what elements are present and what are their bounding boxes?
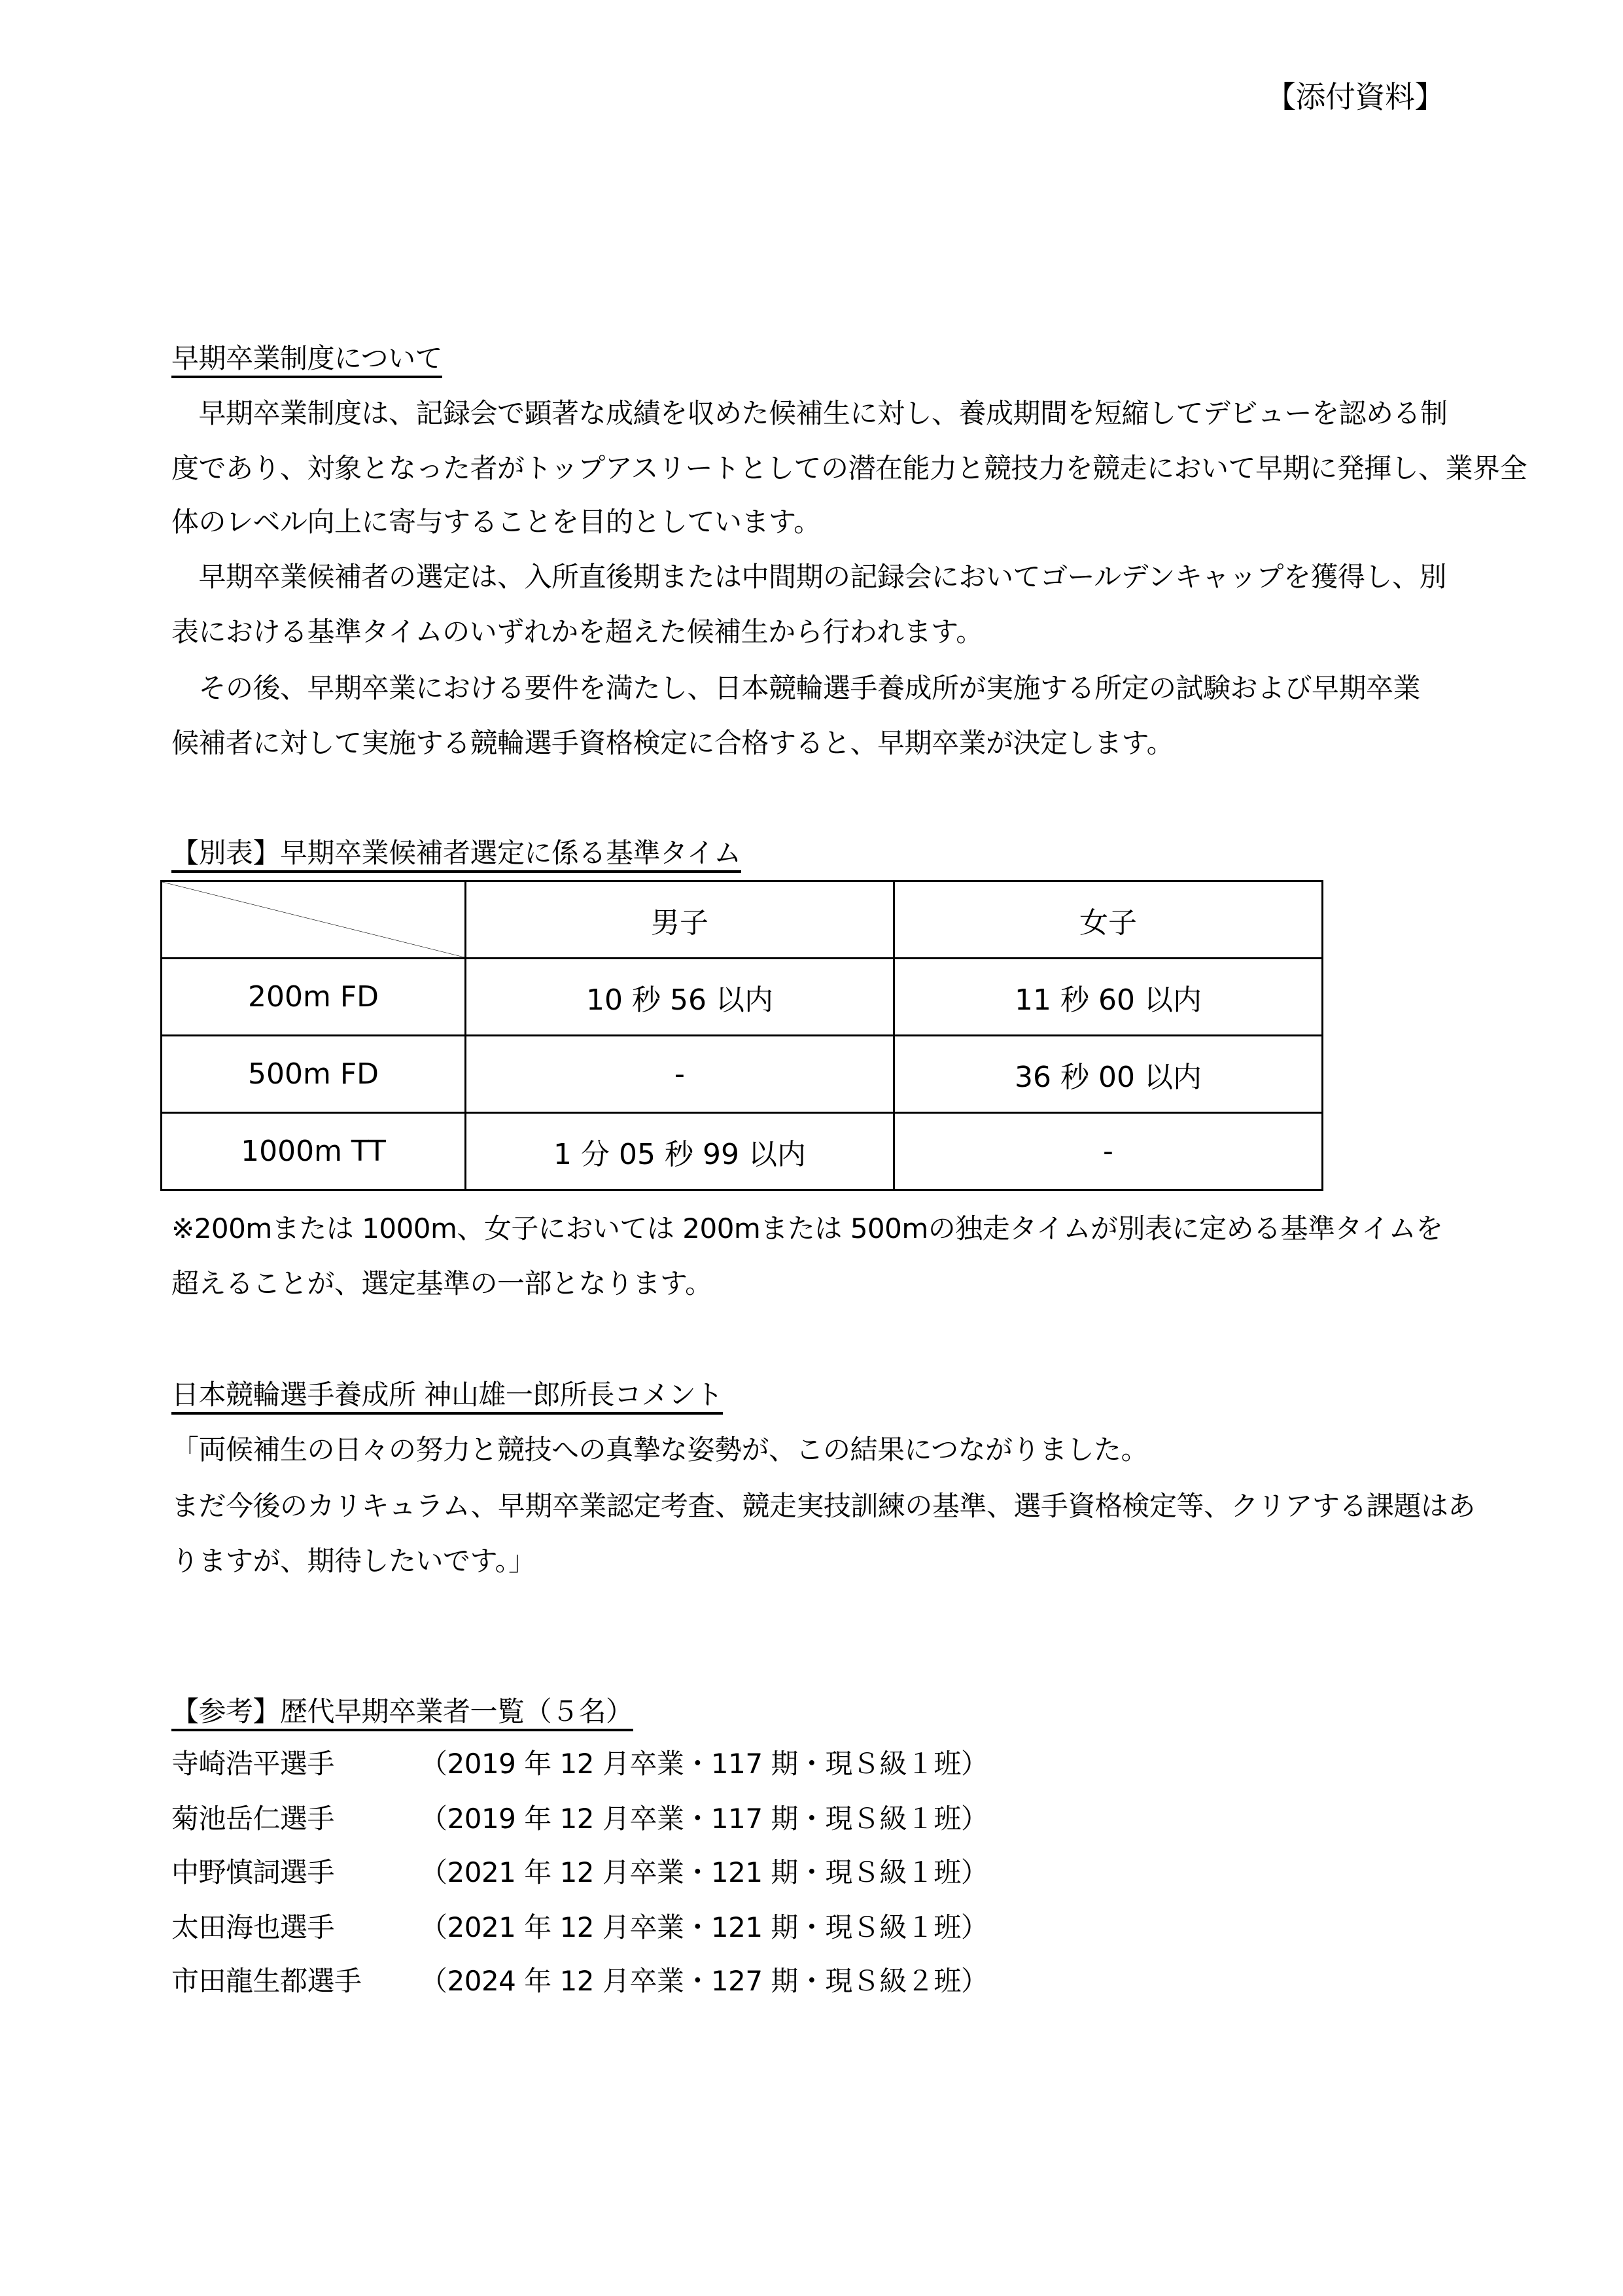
- graduate-row: 菊池岳仁選手（2019 年 12 月卒業・117 期・現Ｓ級１班）: [171, 1802, 988, 1836]
- column-header-female: 女子: [894, 881, 1323, 959]
- male-time-cell: 1 分 05 秒 99 以内: [466, 1113, 894, 1190]
- reference-heading-text: 【参考】歴代早期卒業者一覧（５名）: [171, 1695, 633, 1731]
- table-row: 200m FD 10 秒 56 以内 11 秒 60 以内: [162, 959, 1323, 1036]
- attachment-label: 【添付資料】: [1266, 80, 1444, 114]
- standard-time-table: 男子 女子 200m FD 10 秒 56 以内 11 秒 60 以内 500m…: [160, 880, 1323, 1191]
- male-time-cell: 10 秒 56 以内: [466, 959, 894, 1036]
- graduate-detail: （2024 年 12 月卒業・127 期・現Ｓ級２班）: [420, 1965, 988, 1997]
- body-line: 候補者に対して実施する競輪選手資格検定に合格すると、早期卒業が決定します。: [171, 726, 1174, 760]
- graduate-row: 寺崎浩平選手（2019 年 12 月卒業・117 期・現Ｓ級１班）: [171, 1747, 988, 1781]
- body-line: 体のレベル向上に寄与することを目的としています。: [171, 505, 821, 539]
- body-line: 早期卒業制度は、記録会で顕著な成績を収めた候補生に対し、養成期間を短縮してデビュ…: [171, 397, 1448, 431]
- column-header-male: 男子: [466, 881, 894, 959]
- graduate-row: 市田龍生都選手（2024 年 12 月卒業・127 期・現Ｓ級２班）: [171, 1964, 988, 1998]
- reference-heading: 【参考】歴代早期卒業者一覧（５名）: [171, 1695, 633, 1729]
- early-graduation-heading-text: 早期卒業制度について: [171, 342, 442, 378]
- graduate-row: 太田海也選手（2021 年 12 月卒業・121 期・現Ｓ級１班）: [171, 1911, 988, 1945]
- table-caption: 【別表】早期卒業候補者選定に係る基準タイム: [171, 836, 741, 870]
- female-time-cell: 11 秒 60 以内: [894, 959, 1323, 1036]
- graduate-detail: （2019 年 12 月卒業・117 期・現Ｓ級１班）: [420, 1803, 988, 1835]
- graduate-name: 寺崎浩平選手: [171, 1747, 420, 1781]
- graduate-name: 太田海也選手: [171, 1911, 420, 1945]
- comment-line: まだ今後のカリキュラム、早期卒業認定考査、競走実技訓練の基準、選手資格検定等、ク…: [171, 1489, 1475, 1523]
- graduate-detail: （2021 年 12 月卒業・121 期・現Ｓ級１班）: [420, 1856, 988, 1888]
- event-cell: 1000m TT: [162, 1113, 466, 1190]
- body-line: その後、早期卒業における要件を満たし、日本競輪選手養成所が実施する所定の試験およ…: [171, 671, 1420, 705]
- table-header-row: 男子 女子: [162, 881, 1323, 959]
- comment-line: りますが、期待したいです。」: [171, 1544, 536, 1578]
- comment-heading-text: 日本競輪選手養成所 神山雄一郎所長コメント: [171, 1379, 723, 1415]
- table-note-line: 超えることが、選定基準の一部となります。: [171, 1267, 712, 1301]
- body-line: 表における基準タイムのいずれかを超えた候補生から行われます。: [171, 615, 983, 649]
- body-line: 度であり、対象となった者がトップアスリートとしての潜在能力と競技力を競走において…: [171, 451, 1527, 486]
- female-time-cell: 36 秒 00 以内: [894, 1036, 1323, 1113]
- table-caption-text: 【別表】早期卒業候補者選定に係る基準タイム: [171, 837, 741, 873]
- comment-line: 「両候補生の日々の努力と競技への真摯な姿勢が、この結果につながりました。: [171, 1433, 1148, 1467]
- table-note-line: ※200mまたは 1000m、女子においては 200mまたは 500mの独走タイ…: [171, 1212, 1443, 1246]
- graduate-detail: （2019 年 12 月卒業・117 期・現Ｓ級１班）: [420, 1748, 988, 1780]
- early-graduation-heading: 早期卒業制度について: [171, 342, 442, 376]
- table-row: 1000m TT 1 分 05 秒 99 以内 -: [162, 1113, 1323, 1190]
- graduate-row: 中野慎詞選手（2021 年 12 月卒業・121 期・現Ｓ級１班）: [171, 1856, 988, 1890]
- body-line: 早期卒業候補者の選定は、入所直後期または中間期の記録会においてゴールデンキャップ…: [171, 560, 1446, 594]
- event-cell: 500m FD: [162, 1036, 466, 1113]
- table-row: 500m FD - 36 秒 00 以内: [162, 1036, 1323, 1113]
- event-cell: 200m FD: [162, 959, 466, 1036]
- graduate-name: 市田龍生都選手: [171, 1964, 420, 1998]
- table-corner-cell: [162, 881, 466, 959]
- comment-heading: 日本競輪選手養成所 神山雄一郎所長コメント: [171, 1378, 723, 1412]
- diagonal-line-icon: [162, 882, 464, 957]
- graduate-detail: （2021 年 12 月卒業・121 期・現Ｓ級１班）: [420, 1911, 988, 1943]
- male-time-cell: -: [466, 1036, 894, 1113]
- graduate-name: 菊池岳仁選手: [171, 1802, 420, 1836]
- graduate-name: 中野慎詞選手: [171, 1856, 420, 1890]
- female-time-cell: -: [894, 1113, 1323, 1190]
